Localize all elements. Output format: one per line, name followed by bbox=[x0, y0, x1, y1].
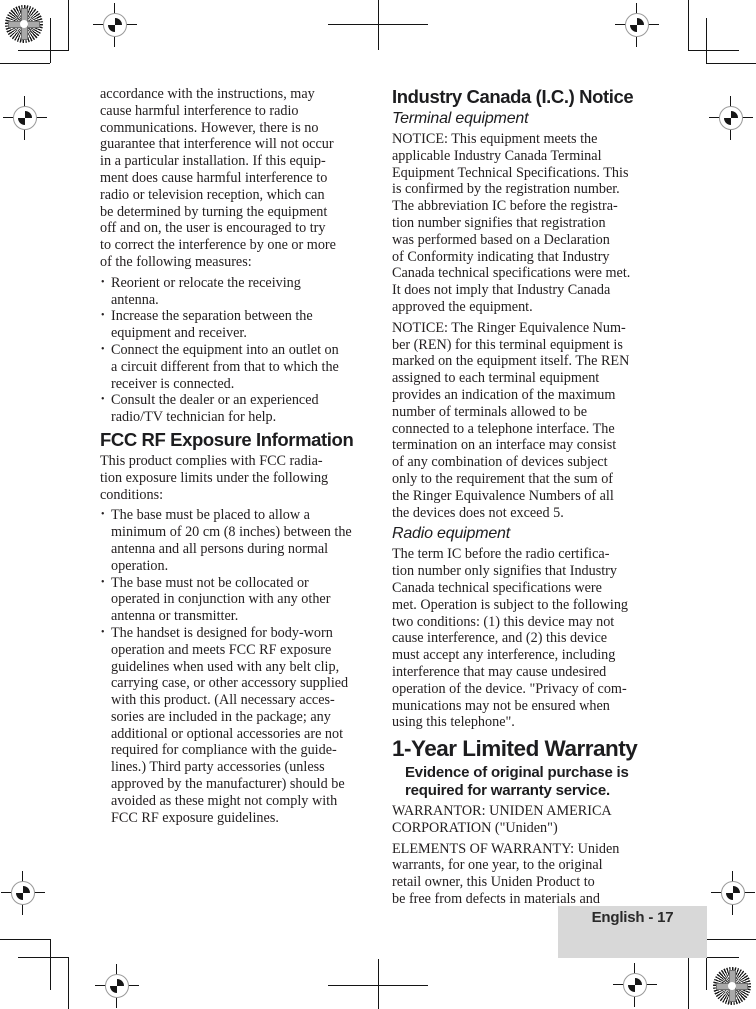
subheading-radio-equipment: Radio equipment bbox=[392, 525, 678, 543]
crop-mark bbox=[0, 939, 50, 940]
crop-mark bbox=[18, 50, 69, 51]
crop-mark bbox=[688, 0, 689, 50]
crop-mark bbox=[706, 939, 756, 940]
paragraph-elements-of-warranty: ELEMENTS OF WARRANTY: Uniden warrants, f… bbox=[392, 841, 678, 908]
paragraph-terminal-notice-2: NOTICE: The Ringer Equivalence Num- ber … bbox=[392, 320, 678, 522]
crop-mark bbox=[50, 939, 51, 990]
center-mark bbox=[378, 0, 379, 50]
registration-mark-icon bbox=[613, 963, 657, 1007]
paragraph-interference-intro: accordance with the instructions, may ca… bbox=[100, 86, 386, 271]
manual-page: accordance with the instructions, may ca… bbox=[0, 0, 756, 1009]
list-item: Connect the equipment into an outlet on … bbox=[100, 342, 386, 392]
pinwheel-calibration-icon bbox=[5, 5, 43, 43]
crop-mark bbox=[688, 957, 689, 1009]
list-item: Consult the dealer or an experienced rad… bbox=[100, 392, 386, 426]
page-number-label: English - 17 bbox=[558, 906, 707, 926]
page-number-box: English - 17 bbox=[558, 906, 707, 958]
fcc-exposure-conditions-list: The base must be placed to allow a minim… bbox=[100, 507, 386, 826]
crop-mark bbox=[68, 957, 69, 1009]
right-column: Industry Canada (I.C.) Notice Terminal e… bbox=[392, 86, 678, 908]
center-mark bbox=[378, 959, 379, 1009]
crop-mark bbox=[68, 0, 69, 50]
paragraph-terminal-notice-1: NOTICE: This equipment meets the applica… bbox=[392, 131, 678, 316]
section-heading-warranty: 1-Year Limited Warranty bbox=[392, 736, 678, 762]
pinwheel-calibration-icon bbox=[713, 967, 751, 1005]
center-mark bbox=[328, 24, 428, 25]
registration-mark-icon bbox=[615, 3, 659, 47]
crop-mark bbox=[688, 50, 739, 51]
registration-mark-icon bbox=[709, 96, 753, 140]
registration-mark-icon bbox=[93, 3, 137, 47]
crop-mark bbox=[706, 63, 756, 64]
paragraph-fcc-intro: This product complies with FCC radia- ti… bbox=[100, 453, 386, 503]
paragraph-radio-equipment: The term IC before the radio certifica- … bbox=[392, 546, 678, 731]
section-heading-industry-canada: Industry Canada (I.C.) Notice bbox=[392, 86, 678, 108]
crop-mark bbox=[50, 18, 51, 63]
list-item: The base must not be collocated or opera… bbox=[100, 575, 386, 625]
list-item: The handset is designed for body-worn op… bbox=[100, 625, 386, 827]
crop-mark bbox=[706, 18, 707, 63]
subheading-terminal-equipment: Terminal equipment bbox=[392, 110, 678, 128]
registration-mark-icon bbox=[95, 964, 139, 1008]
list-item: Reorient or relocate the receiving anten… bbox=[100, 275, 386, 309]
crop-mark bbox=[0, 63, 50, 64]
crop-mark bbox=[18, 957, 69, 958]
left-column: accordance with the instructions, may ca… bbox=[100, 86, 386, 826]
interference-measures-list: Reorient or relocate the receiving anten… bbox=[100, 275, 386, 426]
registration-mark-icon bbox=[3, 96, 47, 140]
warranty-evidence-note: Evidence of original purchase is require… bbox=[392, 764, 678, 800]
paragraph-warrantor: WARRANTOR: UNIDEN AMERICA CORPORATION ("… bbox=[392, 803, 678, 837]
center-mark bbox=[328, 985, 428, 986]
section-heading-fcc-rf-exposure: FCC RF Exposure Information bbox=[100, 429, 386, 451]
list-item: Increase the separation between the equi… bbox=[100, 308, 386, 342]
list-item: The base must be placed to allow a minim… bbox=[100, 507, 386, 574]
registration-mark-icon bbox=[1, 871, 45, 915]
registration-mark-icon bbox=[711, 871, 755, 915]
